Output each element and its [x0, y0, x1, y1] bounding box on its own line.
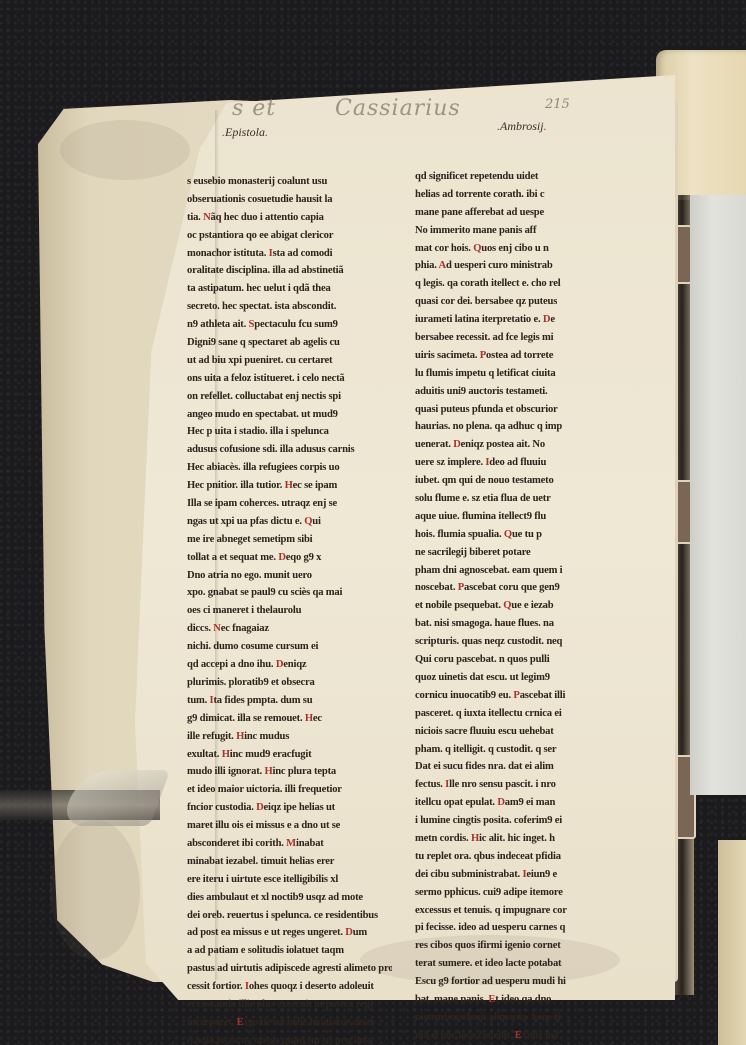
water-stain [50, 820, 140, 960]
water-stain [60, 120, 190, 180]
manuscript-line: dia ei hoc loco couenit. Exitus ma [415, 1027, 611, 1045]
manuscript-line: ons uita a feloz istitueret. i celo nect… [187, 370, 392, 388]
manuscript-line: res cibos quos ifirmi igenio cornet [415, 937, 611, 955]
manuscript-line: on refellet. colluctabat enj nectis spi [187, 388, 392, 406]
manuscript-line: fectus. Ille nro sensu pascit. i nro [415, 776, 611, 794]
manuscript-line: Hec p uita i stadio. illa i spelunca [187, 423, 392, 441]
manuscript-line: No immerito mane panis aff [415, 222, 611, 240]
folio-number: 215 [545, 97, 570, 112]
manuscript-line: ille refugit. Hinc mudus [187, 728, 392, 746]
manuscript-line: ad post ea missus e ut reges ungeret. Du… [187, 924, 392, 942]
pencil-annotation-center: Cassiarius [335, 96, 461, 121]
manuscript-line: tu replet ora. qbus indeceat pfidia [415, 848, 611, 866]
manuscript-line: monachor istituta. Ista ad comodi [187, 245, 392, 263]
manuscript-line: Escu g9 fortior ad uesperu mudi hi [415, 973, 611, 991]
manuscript-line: noscebat. Pascebat coru que gen9 [415, 579, 611, 597]
manuscript-line: angeo mudo en spectabat. ut mud9 [187, 406, 392, 424]
manuscript-line: minabat iezabel. timuit helias erer [187, 853, 392, 871]
manuscript-line: tia. Nãq hec duo i attentio capia [187, 209, 392, 227]
manuscript-line: et costantia illic plus exercuit ut post… [187, 996, 392, 1014]
manuscript-line: ta astipatum. hec uelut i qdã thea [187, 280, 392, 298]
manuscript-line: ngas ut xpi ua pfas dictu e. Qui [187, 513, 392, 531]
manuscript-line: hois. flumia spualia. Que tu p [415, 526, 611, 544]
manuscript-line: excessus et tenuis. q impugnare cor [415, 902, 611, 920]
manuscript-line: exultat. Hinc mud9 eracfugit [187, 746, 392, 764]
manuscript-line: n9 athleta ait. Spectaculu fcu sum9 [187, 316, 392, 334]
manuscript-line: uenerat. Deniqz postea ait. No [415, 436, 611, 454]
manuscript-line: absconderet ibi corith. Minabat [187, 835, 392, 853]
manuscript-line: qd accepi a dno ihu. Deniqz [187, 656, 392, 674]
manuscript-line: nichi. dumo cosume cursum ei [187, 638, 392, 656]
manuscript-line: aque uiue. flumina itellect9 flu [415, 508, 611, 526]
manuscript-line: pham dni agnoscebat. eam quem i [415, 562, 611, 580]
manuscript-line: adusus cofusione sdi. illa adusus carnis [187, 441, 392, 459]
manuscript-line: oc pstantiora qo ee abigat clericor [187, 227, 392, 245]
book-clamp-bottom [718, 840, 746, 1045]
running-title-right: .Ambrosij. [497, 119, 547, 134]
manuscript-line: qd significet repetendu uidet [415, 168, 611, 186]
manuscript-line: sermo pphicus. cui9 adipe itemore [415, 884, 611, 902]
manuscript-line: et ideo maior uictoria. illi frequetior [187, 781, 392, 799]
manuscript-line: pastus ad uirtutis adipiscede agresti al… [187, 960, 392, 978]
manuscript-line: i lumine cingtis posita. coferim9 ei [415, 812, 611, 830]
manuscript-line: obseruationis cosuetudie hausit la [187, 191, 392, 209]
manuscript-line: lu flumis impetu q letificat ciuita [415, 365, 611, 383]
manuscript-line: mudo illi ignorat. Hinc plura tepta [187, 763, 392, 781]
manuscript-line: a ad patiam e solitudis iolatuet taqm [187, 942, 392, 960]
manuscript-line: solu flume e. sz etia flua de uetr [415, 490, 611, 508]
text-column-left: s eusebio monasterij coalunt usuobseruat… [187, 173, 392, 1045]
manuscript-line: maret illu ois ei missus e a dno ut se [187, 817, 392, 835]
manuscript-line: uiris sacimeta. Postea ad torrete [415, 347, 611, 365]
manuscript-line: secreto. hec spectat. ista abscondit. [187, 298, 392, 316]
manuscript-line: ere iteru i uirtute esce itelligibilis x… [187, 871, 392, 889]
book-support-board [690, 195, 746, 795]
manuscript-line: Illa se ipam coherces. utraqz enj se [187, 495, 392, 513]
manuscript-line: s eusebio monasterij coalunt usu [187, 173, 392, 191]
manuscript-line: iurameti latina iterpretatio e. De [415, 311, 611, 329]
manuscript-line: cessit fortior. Iohes quoqz i deserto ad… [187, 978, 392, 996]
manuscript-line: Hec pnitior. illa tutior. Hec se ipam [187, 477, 392, 495]
manuscript-line: pham. q itelligit. q custodit. q ser [415, 741, 611, 759]
manuscript-line: pasceret. q iuxta itellectu crnica ei [415, 705, 611, 723]
manuscript-line: dei cibu subministrabat. Ieiun9 e [415, 866, 611, 884]
manuscript-line: bat. mane panis. Et ideo qa dno [415, 991, 611, 1009]
manuscript-line: Dno atria no ego. munit uero [187, 567, 392, 585]
manuscript-line: aduitis uni9 auctoris testameti. [415, 383, 611, 401]
manuscript-line: Digni9 sane q spectaret ab agelis cu [187, 334, 392, 352]
manuscript-line: dies ambulaut et xl noctib9 usqz ad mote [187, 889, 392, 907]
manuscript-line: bersabee recessit. ad fce legis mi [415, 329, 611, 347]
manuscript-line: Qui coru pascebat. n quos pulli [415, 651, 611, 669]
manuscript-line: quoz uinetis dat escu. ut legim9 [415, 669, 611, 687]
manuscript-line: diccs. Nec fnagaiaz [187, 620, 392, 638]
manuscript-line: mat cor hois. Quos enj cibo u n [415, 240, 611, 258]
manuscript-line: pi fecisse. ideo ad uesperu carnes q [415, 919, 611, 937]
manuscript-line: quasi cor dei. bersabee qz puteus [415, 293, 611, 311]
manuscript-line: uere sz implere. Ideo ad fluuiu [415, 454, 611, 472]
text-column-right: qd significet repetendu uidethelias ad t… [415, 168, 611, 1045]
manuscript-line: bat. nisi smagoga. haue flues. na [415, 615, 611, 633]
manuscript-line: cornicu inuocatib9 eu. Pascebat illi [415, 687, 611, 705]
manuscript-line: plurimis. ploratib9 et obsecra [187, 674, 392, 692]
manuscript-line: me ire abneget semetipm sibi [187, 531, 392, 549]
running-title-left: .Epistola. [222, 125, 268, 140]
manuscript-line: helias ad torrente corath. ibi c [415, 186, 611, 204]
manuscript-line: terat sumere. et ideo lacte potabat [415, 955, 611, 973]
manuscript-line: oralitate disciplina. illa ad abstinetiã [187, 262, 392, 280]
manuscript-line: ut ad biu xpi pueniret. cu certaret [187, 352, 392, 370]
manuscript-line: ti noia locoz no otiosa quasi furati pre… [187, 1032, 392, 1045]
manuscript-line: q legis. qa corath itellect e. cho rel [415, 275, 611, 293]
manuscript-line: et nobile psequebat. Que e iezab [415, 597, 611, 615]
manuscript-line: increparet. Ergo de sci helie habitatoe … [187, 1014, 392, 1032]
manuscript-line: ne sacrilegij biberet potare [415, 544, 611, 562]
pencil-annotation-left: s et [232, 96, 276, 121]
manuscript-line: Dat ei sucu fides nra. dat ei alim [415, 758, 611, 776]
manuscript-line: itellcu opat epulat. Dam9 ei man [415, 794, 611, 812]
manuscript-line: phia. Ad uesperi curo ministrab [415, 257, 611, 275]
manuscript-line: tollat a et sequat me. Deqo g9 x [187, 549, 392, 567]
manuscript-line: iubet. qm qui de nouo testameto [415, 472, 611, 490]
manuscript-line: Hec abiacès. illa refugiees corpis uo [187, 459, 392, 477]
manuscript-line: g9 dimicat. illa se remouet. Hec [187, 710, 392, 728]
manuscript-line: quasi puteus pfunda et obscurior [415, 401, 611, 419]
manuscript-line: haurias. no plena. qa adhuc q imp [415, 418, 611, 436]
manuscript-line: mane pane afferebat ad uespe [415, 204, 611, 222]
manuscript-line: niciois sacre fluuiu escu uehebat [415, 723, 611, 741]
manuscript-line: nistrari madauit alimonia. bene ti [415, 1009, 611, 1027]
manuscript-line: xpo. gnabat se paul9 cu sciès qa mai [187, 584, 392, 602]
manuscript-line: scripturis. quas neqz custodit. neq [415, 633, 611, 651]
manuscript-line: fncior custodia. Deiqz ipe helias ut [187, 799, 392, 817]
manuscript-line: metn cordis. Hic alit. hic inget. h [415, 830, 611, 848]
manuscript-line: oes ci maneret i thelaurolu [187, 602, 392, 620]
manuscript-line: dei oreb. reuertus i spelunca. ce reside… [187, 907, 392, 925]
manuscript-line: tum. Ita fides pmpta. dum su [187, 692, 392, 710]
